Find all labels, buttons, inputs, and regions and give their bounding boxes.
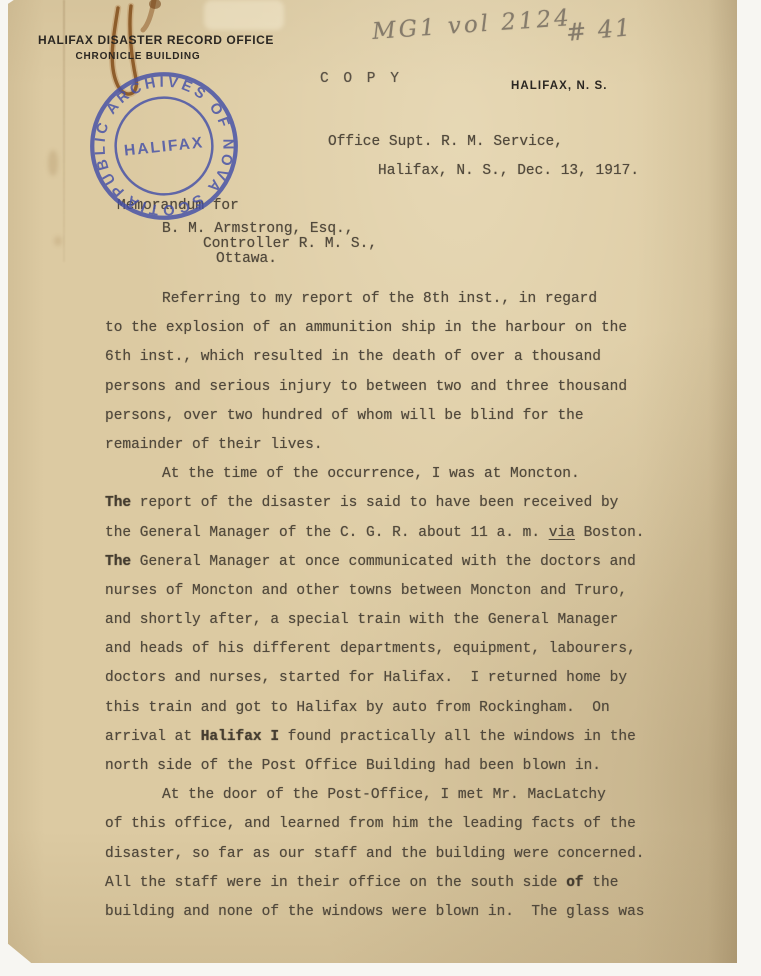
body-line: nurses of Moncton and other towns betwee… (105, 577, 695, 606)
office-line: Office Supt. R. M. Service, (328, 134, 563, 150)
scanned-letter-page: HALIFAX DISASTER RECORD OFFICE CHRONICLE… (0, 0, 761, 976)
body-text-segment: the General Manager of the C. G. R. abou… (105, 525, 549, 541)
recipient-line: Controller R. M. S., (203, 236, 377, 252)
body-text-segment: At the door of the Post-Office, I met Mr… (162, 787, 606, 803)
body-text-segment: 6th inst., which resulted in the death o… (105, 349, 601, 365)
letterhead-building: CHRONICLE BUILDING (38, 51, 238, 62)
body-line: At the door of the Post-Office, I met Mr… (105, 781, 695, 810)
body-text-segment: found practically all the windows in the (279, 729, 636, 745)
body-text-segment: of (566, 875, 583, 891)
paper-stain (48, 150, 58, 176)
copy-label: C O P Y (320, 71, 402, 87)
body-text-segment: to the explosion of an ammunition ship i… (105, 320, 627, 336)
body-text-segment: doctors and nurses, started for Halifax.… (105, 670, 627, 686)
body-line: At the time of the occurrence, I was at … (105, 460, 695, 489)
body-text-segment: the (584, 875, 619, 891)
body-line: the General Manager of the C. G. R. abou… (105, 519, 695, 548)
body-text-segment: persons, over two hundred of whom will b… (105, 408, 584, 424)
body-line: The report of the disaster is said to ha… (105, 489, 695, 518)
letterhead-office-name: HALIFAX DISASTER RECORD OFFICE (38, 33, 238, 47)
body-text-segment: of this office, and learned from him the… (105, 816, 636, 832)
body-text-segment: nurses of Moncton and other towns betwee… (105, 583, 627, 599)
body-line: The General Manager at once communicated… (105, 548, 695, 577)
archives-stamp: PUBLIC ARCHIVES OF NOVA SCOTIA HALIFAX (86, 68, 242, 224)
body-line: to the explosion of an ammunition ship i… (105, 314, 695, 343)
body-text-segment: and shortly after, a special train with … (105, 612, 618, 628)
body-text-segment: arrival at (105, 729, 201, 745)
body-text-segment: and heads of his different departments, … (105, 641, 636, 657)
paper-stain (204, 0, 284, 30)
body-line: and heads of his different departments, … (105, 635, 695, 664)
body-text-segment: At the time of the occurrence, I was at … (162, 466, 580, 482)
body-line: 6th inst., which resulted in the death o… (105, 343, 695, 372)
body-line: of this office, and learned from him the… (105, 810, 695, 839)
letter-body: Referring to my report of the 8th inst.,… (105, 285, 695, 927)
body-line: arrival at Halifax I found practically a… (105, 723, 695, 752)
body-line: Referring to my report of the 8th inst.,… (105, 285, 695, 314)
body-text-segment: north side of the Post Office Building h… (105, 758, 601, 774)
body-line: persons and serious injury to between tw… (105, 373, 695, 402)
body-text-segment: building and none of the windows were bl… (105, 904, 645, 920)
body-line: building and none of the windows were bl… (105, 898, 695, 927)
body-line: remainder of their lives. (105, 431, 695, 460)
stamp-center-text: HALIFAX (123, 134, 205, 159)
letterhead-place: HALIFAX, N. S. (511, 80, 608, 92)
body-text-segment: Referring to my report of the 8th inst.,… (162, 291, 597, 307)
body-text-segment: All the staff were in their office on th… (105, 875, 566, 891)
body-line: this train and got to Halifax by auto fr… (105, 694, 695, 723)
recipient-line: Ottawa. (216, 251, 277, 267)
body-text-segment: General Manager at once communicated wit… (131, 554, 636, 570)
body-text-segment: remainder of their lives. (105, 437, 323, 453)
paper-stain (54, 236, 62, 246)
body-text-segment: disaster, so far as our staff and the bu… (105, 846, 645, 862)
body-text-segment: persons and serious injury to between tw… (105, 379, 627, 395)
body-line: disaster, so far as our staff and the bu… (105, 840, 695, 869)
body-line: doctors and nurses, started for Halifax.… (105, 664, 695, 693)
body-line: north side of the Post Office Building h… (105, 752, 695, 781)
body-text-segment: The (105, 495, 131, 511)
body-line: and shortly after, a special train with … (105, 606, 695, 635)
body-text-segment: report of the disaster is said to have b… (131, 495, 618, 511)
body-text-segment: Halifax I (201, 729, 279, 745)
body-line: persons, over two hundred of whom will b… (105, 402, 695, 431)
body-text-segment: The (105, 554, 131, 570)
date-line: Halifax, N. S., Dec. 13, 1917. (378, 163, 639, 179)
body-text-segment: Boston. (575, 525, 645, 541)
pencil-annotation-number: # 41 (565, 13, 633, 47)
body-text-segment: this train and got to Halifax by auto fr… (105, 700, 610, 716)
body-text-segment: via (549, 525, 575, 541)
body-line: All the staff were in their office on th… (105, 869, 695, 898)
